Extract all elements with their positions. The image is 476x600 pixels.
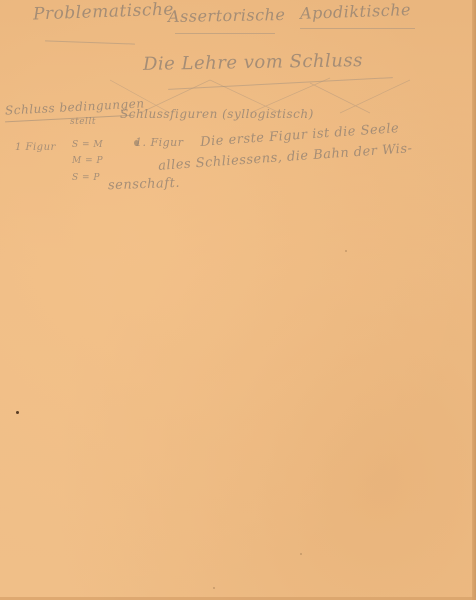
- figur-label-mid: 1. Figur: [135, 136, 184, 149]
- body-line-3: senschaft.: [108, 176, 180, 194]
- underline: [45, 40, 135, 44]
- figur-label-left: 1 Figur: [15, 142, 56, 153]
- ink-dot: [16, 411, 19, 414]
- header-term-problematische: Problematische: [33, 0, 175, 24]
- paper-speck: [213, 587, 215, 589]
- page-title: Die Lehre vom Schluss: [143, 50, 363, 75]
- underline: [175, 33, 275, 34]
- header-term-assertorische: Assertorische: [168, 5, 286, 26]
- schlussfiguren-note: Schlussfiguren (syllogistisch): [120, 107, 314, 121]
- stellt-note: stellt: [70, 117, 96, 127]
- header-term-apodiktische: Apodiktische: [300, 0, 412, 23]
- premise-minor: M = P: [72, 156, 103, 166]
- premise-major: S = M: [72, 140, 103, 150]
- page-edge-right: [472, 0, 476, 600]
- body-line-2: alles Schliessens, die Bahn der Wis-: [158, 141, 413, 174]
- conclusion: S = P: [72, 173, 100, 183]
- paper-speck: [300, 553, 302, 555]
- underline: [300, 28, 415, 29]
- manuscript-page: Problematische Assertorische Apodiktisch…: [0, 0, 476, 600]
- paper-speck: [345, 250, 347, 252]
